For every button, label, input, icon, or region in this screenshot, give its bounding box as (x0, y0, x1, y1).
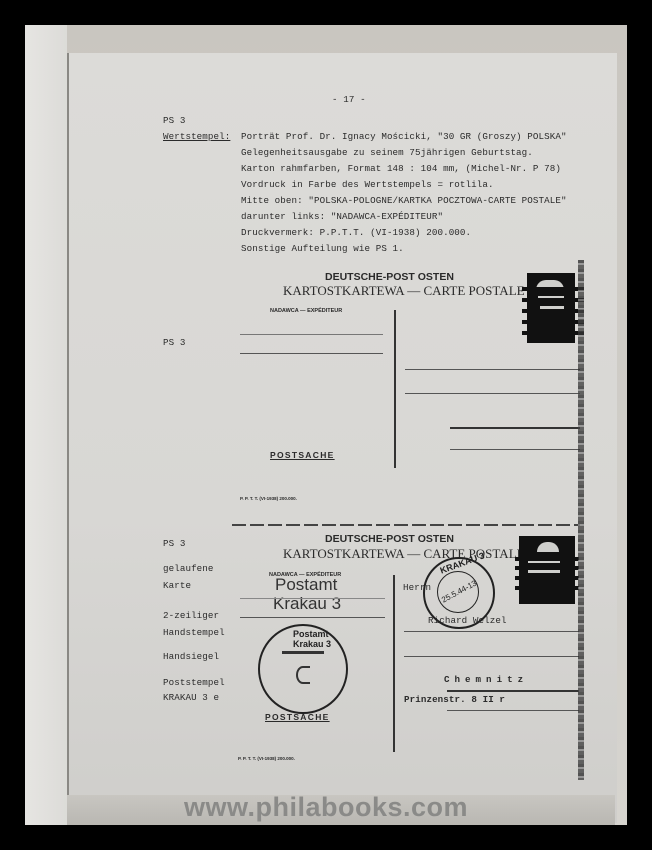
postmark-krakau-icon: KRAKAU 3 25.5.44-13 (423, 557, 495, 629)
handstamp-line-2: Krakau 3 (273, 594, 341, 614)
section-label: PS 3 (163, 115, 185, 126)
card-divider (393, 575, 395, 752)
address-line-4: Prinzenstr. 8 II r (404, 694, 505, 705)
card2-label: Karte (163, 580, 191, 591)
sender-line (240, 617, 385, 618)
sender-line (240, 353, 383, 354)
sender-line (240, 598, 385, 599)
sender-line (240, 334, 383, 335)
postsache-label: POSTSACHE (270, 450, 335, 460)
official-seal-icon: Postamt Krakau 3 (258, 624, 348, 714)
sender-label: NADAWCA — EXPÉDITEUR (270, 308, 342, 314)
card2-label: PS 3 (163, 538, 185, 549)
left-page-flap (25, 25, 67, 825)
address-line-3: Chemnitz (444, 674, 528, 685)
address-underline (447, 690, 579, 692)
swastika-wreath-icon (296, 666, 310, 684)
address-line (450, 449, 580, 450)
card-title: KARTOSTKARTEWA — CARTE POSTALE (283, 546, 525, 562)
postsache-label: POSTSACHE (265, 712, 330, 722)
desc-line: Druckvermerk: P.P.T.T. (VI-1938) 200.000… (241, 227, 471, 238)
card-title: KARTOSTKARTEWA — CARTE POSTALE (283, 283, 525, 299)
seal-ring-text: Postamt Krakau 3 (293, 629, 346, 649)
field-label-wertstempel: Wertstempel: (163, 131, 230, 142)
card2-label: Poststempel (163, 677, 225, 688)
imprint-text: P. P. T. T. (VI-1938) 200.000. (238, 756, 295, 761)
card-divider (394, 310, 396, 468)
card2-label: gelaufene (163, 563, 214, 574)
desc-line: Sonstige Aufteilung wie PS 1. (241, 243, 404, 254)
page-number: - 17 - (332, 94, 366, 105)
overprint-text: DEUTSCHE-POST OSTEN (325, 533, 454, 545)
address-line (404, 656, 579, 657)
card2-label: Handsiegel (163, 651, 219, 662)
card2-label: Handstempel (163, 627, 225, 638)
eagle-wing-icon (282, 651, 324, 654)
card2-label: KRAKAU 3 e (163, 692, 219, 703)
card2-label: 2-zeiliger (163, 610, 219, 621)
address-line (404, 631, 579, 632)
desc-line: Gelegenheitsausgabe zu seinem 75jährigen… (241, 147, 533, 158)
address-line (405, 393, 580, 394)
address-line (405, 369, 580, 370)
watermark: www.philabooks.com (0, 792, 652, 823)
address-line (447, 710, 579, 711)
address-line (450, 427, 580, 429)
overprint-text: DEUTSCHE-POST OSTEN (325, 271, 454, 283)
desc-line: darunter links: "NADAWCA-EXPÉDITEUR" (241, 211, 443, 222)
desc-line: Mitte oben: "POLSKA-POLOGNE/KARTKA POCZT… (241, 195, 567, 206)
handstamp-line-1: Postamt (275, 575, 337, 595)
desc-line: Vordruck in Farbe des Wertstempels = rot… (241, 179, 494, 190)
desc-line: Karton rahmfarben, Format 148 : 104 mm, … (241, 163, 561, 174)
imprint-text: P. P. T. T. (VI-1938) 200.000. (240, 496, 297, 501)
desc-line: Porträt Prof. Dr. Ignacy Mościcki, "30 G… (241, 131, 567, 142)
card1-side-label: PS 3 (163, 337, 185, 348)
page-right-edge-shadow (578, 260, 584, 780)
card-top-edge (232, 524, 580, 526)
